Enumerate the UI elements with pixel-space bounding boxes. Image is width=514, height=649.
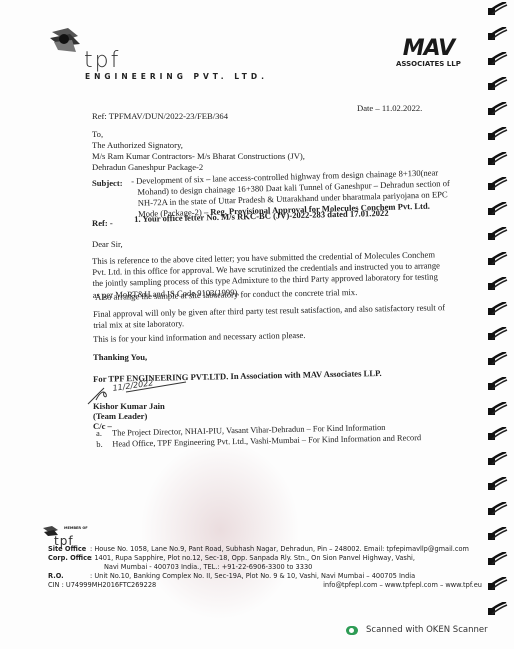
binding-ring-icon bbox=[486, 52, 508, 66]
recipient-line: M/s Ram Kumar Contractors- M/s Bharat Co… bbox=[92, 151, 305, 162]
corp-office-address-2: Navi Mumbai - 400703 India., TEL.: +91-2… bbox=[48, 563, 482, 572]
binding-ring-icon bbox=[486, 602, 508, 616]
binding-ring-icon bbox=[486, 2, 508, 16]
scanner-watermark: Scanned with OKEN Scanner bbox=[346, 625, 488, 635]
binding-ring-icon bbox=[486, 152, 508, 166]
scan-smudge bbox=[140, 440, 300, 620]
salutation: Dear Sir, bbox=[92, 239, 123, 250]
corp-office-label: Corp. Office bbox=[48, 554, 90, 563]
ro-address: : Unit No.10, Banking Complex No. II, Se… bbox=[90, 572, 415, 580]
binding-ring-icon bbox=[486, 252, 508, 266]
footer-last-line: CIN : U74999MH2016FTC269228 info@tpfepl.… bbox=[48, 581, 482, 590]
binding-ring-icon bbox=[486, 552, 508, 566]
company-name: ENGINEERING PVT. LTD. bbox=[85, 72, 268, 81]
registered-office: R.O.: Unit No.10, Banking Complex No. II… bbox=[48, 572, 482, 581]
oken-scanner-icon bbox=[346, 626, 358, 635]
footer-addresses: Site Office: House No. 1058, Lane No.9, … bbox=[48, 545, 482, 590]
binding-ring-icon bbox=[486, 577, 508, 591]
binding-ring-icon bbox=[486, 327, 508, 341]
site-office-label: Site Office bbox=[48, 545, 90, 554]
partner-name: ASSOCIATES LLP bbox=[396, 60, 461, 68]
binding-ring-icon bbox=[486, 277, 508, 291]
recipient-line: The Authorized Signatory, bbox=[92, 140, 305, 151]
site-office-address: : House No. 1058, Lane No.9, Pant Road, … bbox=[90, 545, 469, 553]
mav-logo: MAV ASSOCIATES LLP bbox=[396, 38, 461, 68]
binding-ring-icon bbox=[486, 127, 508, 141]
binding-ring-icon bbox=[486, 452, 508, 466]
site-office: Site Office: House No. 1058, Lane No.9, … bbox=[48, 545, 482, 554]
binding-ring-icon bbox=[486, 227, 508, 241]
cc-list: a.The Project Director, NHAI-PIU, Vasant… bbox=[96, 421, 421, 450]
binding-ring-icon bbox=[486, 477, 508, 491]
spiral-binding bbox=[478, 0, 514, 649]
to-label: To, bbox=[92, 129, 305, 140]
binding-ring-icon bbox=[486, 352, 508, 366]
binding-ring-icon bbox=[486, 202, 508, 216]
letter-date: Date – 11.02.2022. bbox=[357, 103, 422, 114]
binding-ring-icon bbox=[486, 377, 508, 391]
binding-ring-icon bbox=[486, 502, 508, 516]
mav-logo-mark: MAV bbox=[396, 38, 461, 60]
tpf-logo-text: tpf bbox=[84, 48, 120, 73]
binding-ring-icon bbox=[486, 102, 508, 116]
binding-ring-icon bbox=[486, 27, 508, 41]
cc-marker: b. bbox=[96, 439, 112, 450]
subject-label: Subject: bbox=[92, 178, 123, 189]
binding-ring-icon bbox=[486, 402, 508, 416]
recipient-block: To, The Authorized Signatory, M/s Ram Ku… bbox=[92, 129, 305, 173]
scanned-letter-page: tpf ENGINEERING PVT. LTD. MAV ASSOCIATES… bbox=[0, 0, 514, 649]
ref2-label: Ref: - bbox=[92, 218, 113, 229]
binding-ring-icon bbox=[486, 302, 508, 316]
binding-ring-icon bbox=[486, 177, 508, 191]
tpf-logo-mark-icon bbox=[48, 26, 82, 54]
corp-office: Corp. Office: 1401, Rupa Sapphire, Plot … bbox=[48, 554, 482, 563]
letter-ref: Ref: TPFMAV/DUN/2022-23/FEB/364 bbox=[92, 111, 228, 122]
ro-label: R.O. bbox=[48, 572, 90, 581]
binding-ring-icon bbox=[486, 427, 508, 441]
binding-ring-icon bbox=[486, 527, 508, 541]
binding-ring-icon bbox=[486, 77, 508, 91]
corp-office-address: : 1401, Rupa Sapphire, Plot no.12, Sec-1… bbox=[90, 554, 415, 562]
closing: Thanking You, bbox=[93, 352, 147, 363]
cc-marker: a. bbox=[96, 428, 112, 439]
member-of-label: MEMBER OF bbox=[64, 526, 88, 530]
footer-web-links: info@tpfepl.com – www.tpfepl.com – www.t… bbox=[323, 581, 482, 590]
cin-number: CIN : U74999MH2016FTC269228 bbox=[48, 581, 156, 590]
watermark-text: Scanned with OKEN Scanner bbox=[366, 625, 488, 635]
